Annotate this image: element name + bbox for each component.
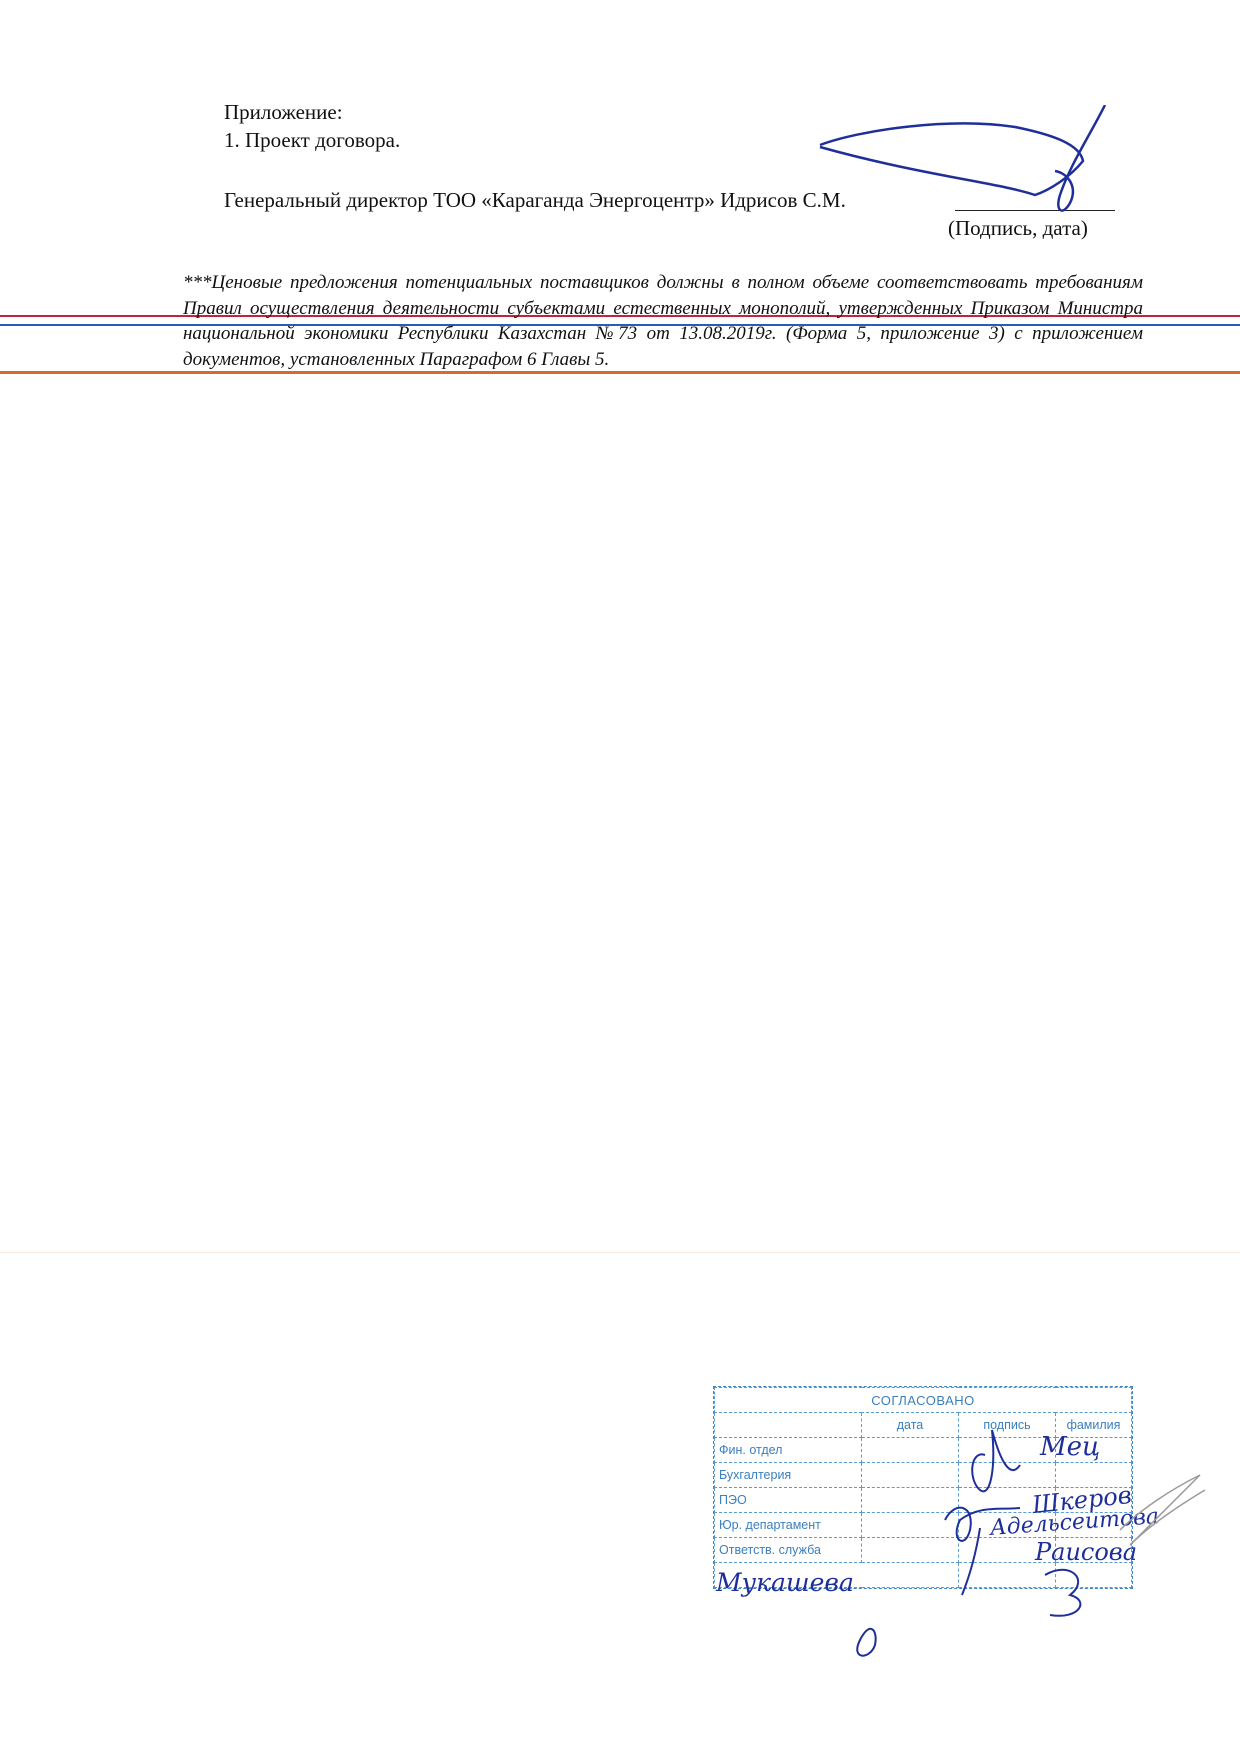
stamp-signatures-icon — [700, 1410, 1240, 1660]
faint-rule-line — [0, 1252, 1240, 1253]
director-signature-icon — [800, 105, 1120, 220]
signatory-line: Генеральный директор ТОО «Караганда Энер… — [224, 188, 846, 213]
pricing-footnote: ***Ценовые предложения потенциальных пос… — [183, 270, 1143, 372]
appendix-item: 1. Проект договора. — [224, 128, 400, 153]
appendix-title: Приложение: — [224, 100, 343, 125]
stamp-title: СОГЛАСОВАНО — [715, 1388, 1132, 1413]
